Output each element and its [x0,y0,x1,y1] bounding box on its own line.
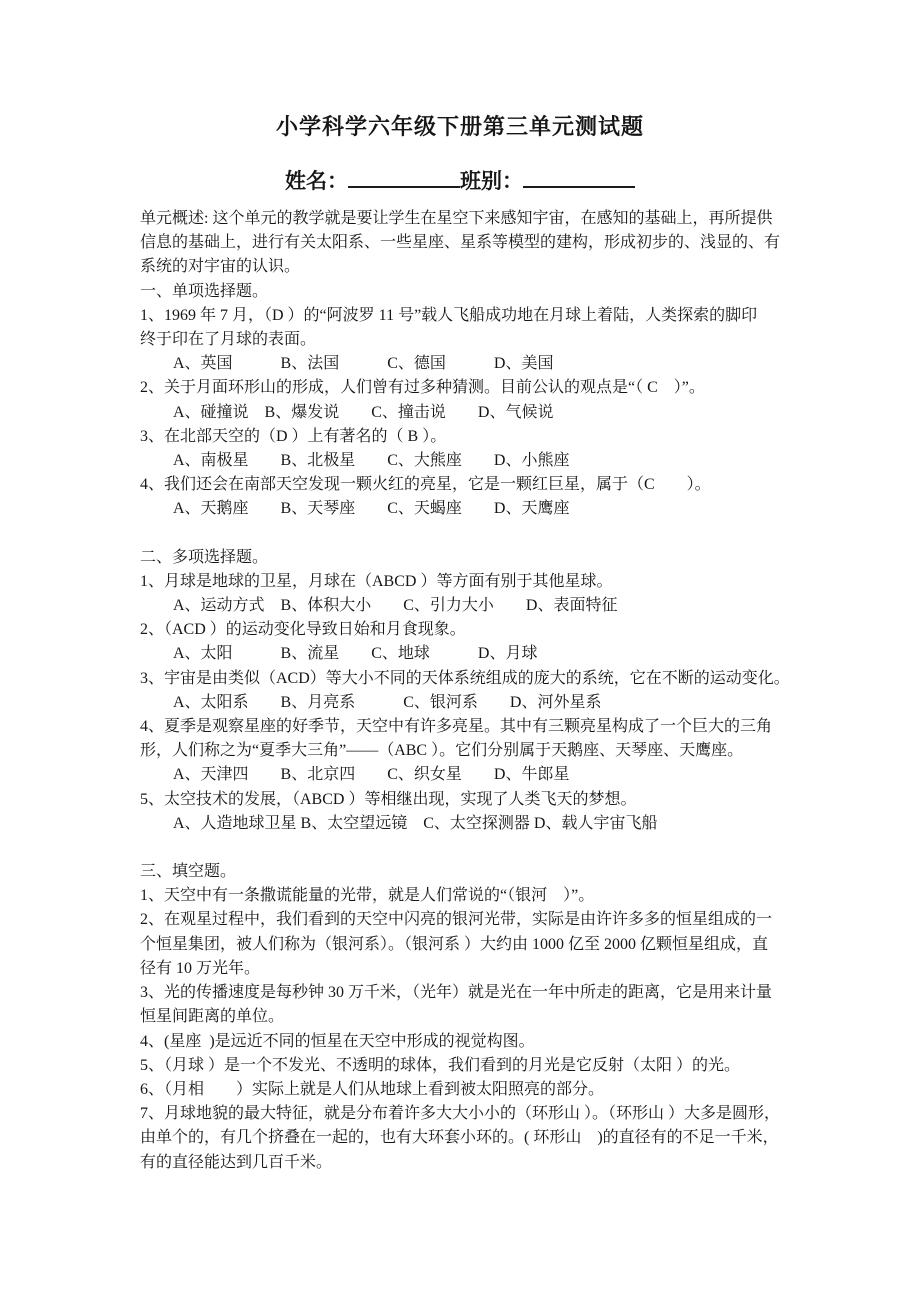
text-line: 1、月球是地球的卫星，月球在（ABCD ）等方面有别于其他星球。 [140,570,802,594]
text-line: 单元概述: 这个单元的教学就是要让学生在星空下来感知宇宙，在感知的基础上，再所提… [140,207,802,231]
text-line: 形，人们称之为“夏季大三角”——（ABC ）。它们分别属于天鹅座、天琴座、天鹰座… [140,739,802,763]
text-line: 1、1969 年 7 月，（D ）的“阿波罗 11 号”载人飞船成功地在月球上着… [140,304,802,328]
text-line: 由单个的，有几个挤叠在一起的，也有大环套小环的。( 环形山 )的直径有的不足一千… [140,1126,802,1150]
text-line: 5、（月球 ）是一个不发光、不透明的球体，我们看到的月光是它反射（太阳 ）的光。 [140,1054,802,1078]
name-blank-line [348,166,460,188]
text-line: 1、天空中有一条撒谎能量的光带，就是人们常说的“（银河 ）”。 [140,884,802,908]
text-line: 有的直径能达到几百千米。 [140,1151,802,1175]
class-label: 班别： [460,169,523,193]
line-gap [140,836,802,860]
section-heading: 三、填空题。 [140,860,802,884]
option-line: A、南极星 B、北极星 C、大熊座 D、小熊座 [140,449,802,473]
option-line: A、太阳系 B、月亮系 C、银河系 D、河外星系 [140,691,802,715]
text-line: 2、（ACD ）的运动变化导致日始和月食现象。 [140,618,802,642]
text-line: 3、光的传播速度是每秒钟 30 万千米，（光年）就是光在一年中所走的距离，它是用… [140,981,802,1005]
text-line: 径有 10 万光年。 [140,957,802,981]
document-body: 单元概述: 这个单元的教学就是要让学生在星空下来感知宇宙，在感知的基础上，再所提… [140,207,802,1175]
option-line: A、运动方式 B、体积大小 C、引力大小 D、表面特征 [140,594,802,618]
option-line: A、天鹅座 B、天琴座 C、天蝎座 D、天鹰座 [140,497,802,521]
text-line: 个恒星集团，被人们称为（银河系）。（银河系 ）大约由 1000 亿至 2000 … [140,933,802,957]
text-line: 7、月球地貌的最大特征，就是分布着许多大大小小的（环形山 ）。（环形山 ）大多是… [140,1102,802,1126]
name-class-line: 姓名：班别： [0,165,920,195]
text-line: 5、太空技术的发展，（ABCD ）等相继出现，实现了人类飞天的梦想。 [140,788,802,812]
text-line: 4、(星座 )是远近不同的恒星在天空中形成的视觉构图。 [140,1030,802,1054]
text-line: 2、在观星过程中，我们看到的天空中闪亮的银河光带，实际是由许许多多的恒星组成的一 [140,908,802,932]
text-line: 系统的对宇宙的认识。 [140,255,802,279]
text-line: 3、宇宙是由类似（ACD）等大小不同的天体系统组成的庞大的系统，它在不断的运动变… [140,667,802,691]
text-line: 4、夏季是观察星座的好季节，天空中有许多亮星。其中有三颗亮星构成了一个巨大的三角 [140,715,802,739]
line-gap [140,522,802,546]
text-line: 2、关于月面环形山的形成，人们曾有过多种猜测。目前公认的观点是“（ C ）”。 [140,376,802,400]
text-line: 终于印在了月球的表面。 [140,328,802,352]
text-line: 3、在北部天空的（D ）上有著名的（ B ）。 [140,425,802,449]
text-line: 信息的基础上，进行有关太阳系、一些星座、星系等模型的建构，形成初步的、浅显的、有 [140,231,802,255]
section-heading: 二、多项选择题。 [140,546,802,570]
text-line: 4、我们还会在南部天空发现一颗火红的亮星，它是一颗红巨星，属于（C ）。 [140,473,802,497]
section-heading: 一、单项选择题。 [140,280,802,304]
option-line: A、碰撞说 B、爆发说 C、撞击说 D、气候说 [140,401,802,425]
page-title: 小学科学六年级下册第三单元测试题 [0,110,920,141]
option-line: A、英国 B、法国 C、德国 D、美国 [140,352,802,376]
class-blank-line [523,166,635,188]
option-line: A、人造地球卫星 B、太空望远镜 C、太空探测器 D、载人宇宙飞船 [140,812,802,836]
option-line: A、太阳 B、流星 C、地球 D、月球 [140,642,802,666]
text-line: 恒星间距离的单位。 [140,1005,802,1029]
document-page: 小学科学六年级下册第三单元测试题 姓名：班别： 单元概述: 这个单元的教学就是要… [0,0,920,1302]
option-line: A、天津四 B、北京四 C、织女星 D、牛郎星 [140,763,802,787]
text-line: 6、（月相 ）实际上就是人们从地球上看到被太阳照亮的部分。 [140,1078,802,1102]
name-label: 姓名： [285,169,348,193]
